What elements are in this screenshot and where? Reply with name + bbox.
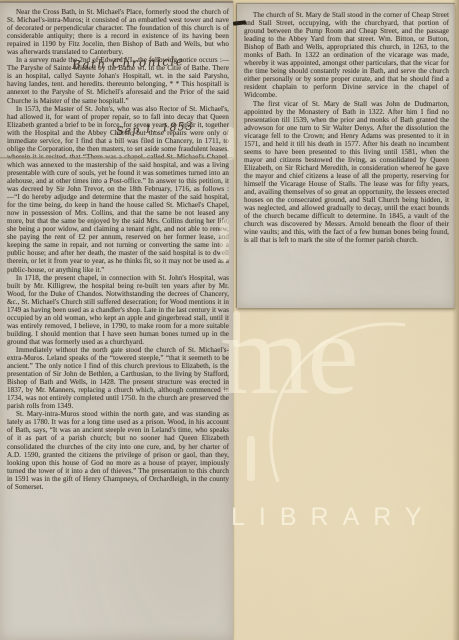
newspaper-paragraph: Immediately without the north gate stood… [7,346,229,410]
watermark-text-fragment: me [220,297,357,412]
newspaper-column-left: Near the Cross Bath, in St. Michael's Pl… [7,8,229,491]
newspaper-paragraph: In a survey made the 2nd of Edward VI., … [7,56,229,104]
watermark-fragment [233,311,240,347]
album-page-scan: Near the Cross Bath, in St. Michael's Pl… [0,0,459,640]
newspaper-paragraph: In 1573, the Master of St. John's, who w… [7,105,229,274]
newspaper-paragraph: In 1718, the present chapel, in connecti… [7,274,229,346]
newspaper-paragraph: Near the Cross Bath, in St. Michael's Pl… [7,8,229,56]
watermark-library-text: LIBRARY [231,502,436,532]
newspaper-column-right: The church of St. Mary de Stall stood in… [244,11,449,244]
newspaper-clipping-left: Near the Cross Bath, in St. Michael's Pl… [0,1,233,640]
watermark-fragment [247,436,255,481]
newspaper-clipping-right: The church of St. Mary de Stall stood in… [237,3,455,308]
newspaper-paragraph: The church of St. Mary de Stall stood in… [244,11,449,100]
newspaper-paragraph: The first vicar of St. Mary de Stall was… [244,100,449,245]
newspaper-paragraph: St. Mary-intra-Muros stood within the no… [7,410,229,490]
